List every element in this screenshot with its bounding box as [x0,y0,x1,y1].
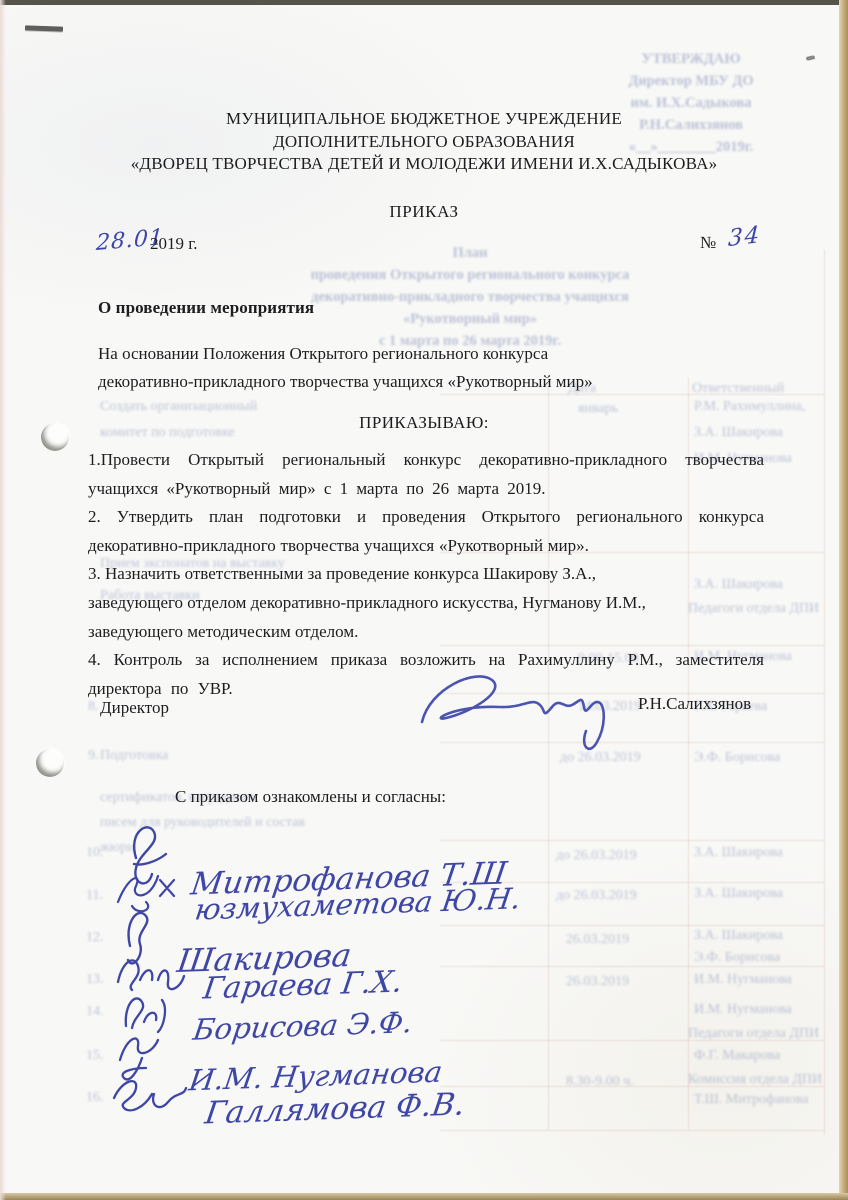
ghost-fragment: 16. [86,1090,104,1106]
director-label: Директор [100,698,169,718]
ghost-fragment: 13. [86,972,104,988]
scanned-order-page: УТВЕРЖДАЮ Директор МБУ ДО им. И.Х.Садыко… [0,0,848,1200]
director-name: Р.Н.Салихзянов [638,694,751,714]
ghost-fragment: И.М. Нугманова [694,972,792,988]
ghost-fragment: Т.Ш. Митрофанова [694,1092,808,1108]
director-signature-row: Директор Р.Н.Салихзянов [0,686,848,776]
scan-edge-right [839,0,848,1200]
organization-name: МУНИЦИПАЛЬНОЕ БЮДЖЕТНОЕ УЧРЕЖДЕНИЕ ДОПОЛ… [0,108,848,176]
ghost-fragment: Э.Ф. Борисова [694,950,780,966]
ghost-fragment: З.А. Шакирова [694,886,783,902]
signature-paraph-icon [108,1068,192,1127]
ghost-fragment: 12. [86,930,104,946]
ghost-fragment: Ф.Г. Макарова [694,1048,780,1064]
basis-paragraph: На основании Положения Открытого региона… [98,340,778,396]
order-item-1: 1.Провести Открытый региональный конкурс… [88,446,764,503]
ghost-fragment: 8.30-9.00 ч. [566,1074,634,1090]
ghost-approve-line: Директор МБУ ДО [576,70,806,92]
command-word: ПРИКАЗЫВАЮ: [0,413,848,433]
order-item-2: 2. Утвердить план подготовки и проведени… [88,503,764,560]
number-sign-label: № [700,233,716,253]
ghost-fragment: З.А. Шакирова [694,845,783,861]
ghost-fragment: 26.03.2019 [566,974,629,990]
scan-edge-top [0,0,848,5]
printed-year: 2019 г. [150,234,198,254]
ghost-fragment: 26.03.2019 [566,932,629,948]
acknowledgement-line: С приказом ознакомлены и согласны: [175,787,446,807]
ghost-fragment: Педагоги отдела ДПИ [688,1026,819,1042]
ghost-fragment: до 26.03.2019 [556,848,637,864]
ghost-fragment: 11. [86,888,103,904]
ghost-plan-line: проведения Открытого регионального конку… [220,264,720,286]
organization-line: «ДВОРЕЦ ТВОРЧЕСТВА ДЕТЕЙ И МОЛОДЕЖИ ИМЕН… [0,153,848,176]
subject-line: О проведении мероприятия [98,298,314,318]
ghost-fragment: 15. [86,1048,104,1064]
ghost-fragment: Комиссия отдела ДПИ [688,1072,822,1088]
scan-edge-left [0,0,6,1200]
ghost-fragment: до 26.03.2019 [556,888,637,904]
ghost-approve-line: УТВЕРЖДАЮ [576,48,806,70]
organization-line: ДОПОЛНИТЕЛЬНОГО ОБРАЗОВАНИЯ [0,131,848,154]
signature-name: Галлямова Ф.В. [203,1087,468,1132]
signature-row: Галлямова Ф.В. [108,1068,464,1127]
ghost-fragment: И.М. Нугманова [694,1002,792,1018]
document-type-title: ПРИКАЗ [0,202,848,222]
organization-line: МУНИЦИПАЛЬНОЕ БЮДЖЕТНОЕ УЧРЕЖДЕНИЕ [0,108,848,131]
handwritten-order-number: 34 [727,222,761,252]
ghost-fragment: 10. [86,845,104,861]
director-signature-icon [408,664,648,760]
ghost-fragment: 14. [86,1004,104,1020]
ghost-fragment: З.А. Шакирова [694,928,783,944]
scan-edge-bottom [0,1193,848,1200]
order-item-3: 3. Назначить ответственными за проведени… [88,560,764,646]
date-number-row: 28.01 2019 г. № 34 [0,228,848,262]
